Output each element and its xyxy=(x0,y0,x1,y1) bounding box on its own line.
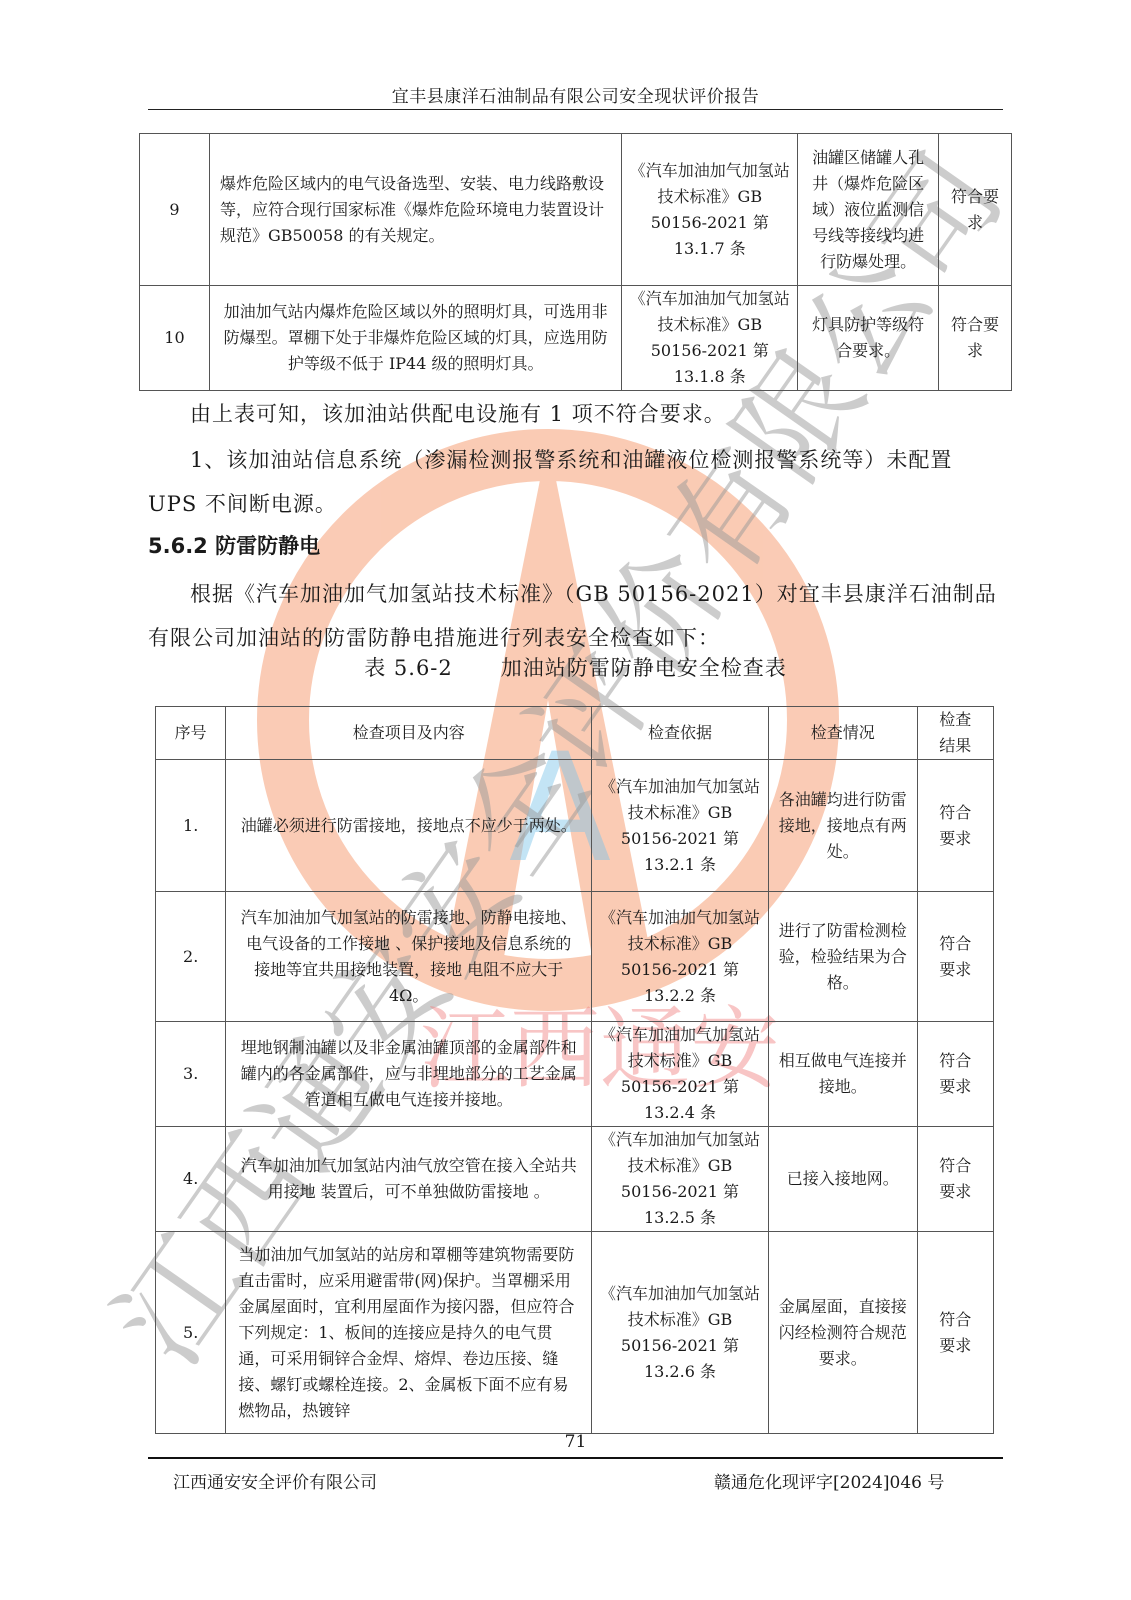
table-row: 1. 油罐必须进行防雷接地，接地点不应少于两处。 《汽车加油加气加氢站技术标准》… xyxy=(156,760,994,892)
table-row: 9 爆炸危险区域内的电气设备选型、安装、电力线路敷设等，应符合现行国家标准《爆炸… xyxy=(140,134,1012,286)
check-result: 符合要求 xyxy=(917,760,993,892)
check-result: 符合要求 xyxy=(917,1127,993,1232)
check-basis: 《汽车加油加气加氢站技术标准》GB 50156-2021 第 13.2.5 条 xyxy=(592,1127,769,1232)
check-status: 相互做电气连接并接地。 xyxy=(768,1022,917,1127)
check-status: 灯具防护等级符合要求。 xyxy=(798,286,939,391)
check-item: 汽车加油加气加氢站内油气放空管在接入全站共用接地 装置后，可不单独做防雷接地 。 xyxy=(226,1127,592,1232)
row-number: 4. xyxy=(156,1127,226,1232)
check-item: 当加油加气加氢站的站房和罩棚等建筑物需要防直击雷时，应采用避雷带(网)保护。当罩… xyxy=(226,1232,592,1434)
footer-company: 江西通安安全评价有限公司 xyxy=(173,1468,377,1493)
row-number: 5. xyxy=(156,1232,226,1434)
issue-paragraph: 1、该加油站信息系统（渗漏检测报警系统和油罐液位检测报警系统等）未配置 UPS … xyxy=(148,438,1003,526)
check-status: 进行了防雷检测检验，检验结果为合格。 xyxy=(768,892,917,1022)
check-basis: 《汽车加油加气加氢站技术标准》GB 50156-2021 第 13.1.8 条 xyxy=(622,286,798,391)
intro-paragraph: 根据《汽车加油加气加氢站技术标准》（GB 50156-2021）对宜丰县康洋石油… xyxy=(148,572,1003,660)
table-row: 4. 汽车加油加气加氢站内油气放空管在接入全站共用接地 装置后，可不单独做防雷接… xyxy=(156,1127,994,1232)
section-heading: 5.6.2 防雷防静电 xyxy=(148,530,320,560)
row-number: 2. xyxy=(156,892,226,1022)
check-result: 符合要求 xyxy=(917,1232,993,1434)
check-result: 符合要求 xyxy=(939,134,1012,286)
check-item: 爆炸危险区域内的电气设备选型、安装、电力线路敷设等，应符合现行国家标准《爆炸危险… xyxy=(209,134,621,286)
table-title: 加油站防雷防静电安全检查表 xyxy=(501,656,787,680)
header-cell: 检查依据 xyxy=(592,707,769,760)
header-rule xyxy=(148,109,1003,110)
table-row: 2. 汽车加油加气加氢站的防雷接地、防静电接地、电气设备的工作接地 、保护接地及… xyxy=(156,892,994,1022)
check-status: 各油罐均进行防雷接地，接地点有两处。 xyxy=(768,760,917,892)
summary-paragraph: 由上表可知，该加油站供配电设施有 1 项不符合要求。 xyxy=(148,392,1003,436)
lightning-protection-table: 序号 检查项目及内容 检查依据 检查情况 检查结果 1. 油罐必须进行防雷接地，… xyxy=(155,706,994,1434)
check-status: 已接入接地网。 xyxy=(768,1127,917,1232)
check-result: 符合要求 xyxy=(917,892,993,1022)
table-header-row: 序号 检查项目及内容 检查依据 检查情况 检查结果 xyxy=(156,707,994,760)
header-cell: 检查结果 xyxy=(917,707,993,760)
row-number: 9 xyxy=(140,134,210,286)
table-number: 表 5.6-2 xyxy=(364,656,453,680)
header-cell: 检查项目及内容 xyxy=(226,707,592,760)
check-basis: 《汽车加油加气加氢站技术标准》GB 50156-2021 第 13.2.1 条 xyxy=(592,760,769,892)
table-row: 3. 埋地钢制油罐以及非金属油罐顶部的金属部件和罐内的各金属部件，应与非埋地部分… xyxy=(156,1022,994,1127)
check-status: 金属屋面，直接接闪经检测符合规范要求。 xyxy=(768,1232,917,1434)
table-caption: 表 5.6-2加油站防雷防静电安全检查表 xyxy=(148,652,1003,682)
check-basis: 《汽车加油加气加氢站技术标准》GB 50156-2021 第 13.1.7 条 xyxy=(622,134,798,286)
row-number: 1. xyxy=(156,760,226,892)
row-number: 3. xyxy=(156,1022,226,1127)
check-basis: 《汽车加油加气加氢站技术标准》GB 50156-2021 第 13.2.2 条 xyxy=(592,892,769,1022)
footer-rule xyxy=(148,1457,1003,1459)
check-result: 符合要求 xyxy=(917,1022,993,1127)
table-row: 10 加油加气站内爆炸危险区域以外的照明灯具，可选用非防爆型。罩棚下处于非爆炸危… xyxy=(140,286,1012,391)
check-basis: 《汽车加油加气加氢站技术标准》GB 50156-2021 第 13.2.4 条 xyxy=(592,1022,769,1127)
check-item: 加油加气站内爆炸危险区域以外的照明灯具，可选用非防爆型。罩棚下处于非爆炸危险区域… xyxy=(209,286,621,391)
check-item: 埋地钢制油罐以及非金属油罐顶部的金属部件和罐内的各金属部件，应与非埋地部分的工艺… xyxy=(226,1022,592,1127)
header-cell: 序号 xyxy=(156,707,226,760)
check-result: 符合要求 xyxy=(939,286,1012,391)
row-number: 10 xyxy=(140,286,210,391)
page-number: 71 xyxy=(148,1432,1003,1452)
footer-doc-number: 赣通危化现评字[2024]046 号 xyxy=(714,1468,944,1493)
check-item: 汽车加油加气加氢站的防雷接地、防静电接地、电气设备的工作接地 、保护接地及信息系… xyxy=(226,892,592,1022)
check-status: 油罐区储罐人孔井（爆炸危险区域）液位监测信号线等接线均进行防爆处理。 xyxy=(798,134,939,286)
table-row: 5. 当加油加气加氢站的站房和罩棚等建筑物需要防直击雷时，应采用避雷带(网)保护… xyxy=(156,1232,994,1434)
header-cell: 检查情况 xyxy=(768,707,917,760)
check-item: 油罐必须进行防雷接地，接地点不应少于两处。 xyxy=(226,760,592,892)
continued-table: 9 爆炸危险区域内的电气设备选型、安装、电力线路敷设等，应符合现行国家标准《爆炸… xyxy=(139,133,1012,391)
check-basis: 《汽车加油加气加氢站技术标准》GB 50156-2021 第 13.2.6 条 xyxy=(592,1232,769,1434)
page-header: 宜丰县康洋石油制品有限公司安全现状评价报告 xyxy=(148,82,1003,107)
